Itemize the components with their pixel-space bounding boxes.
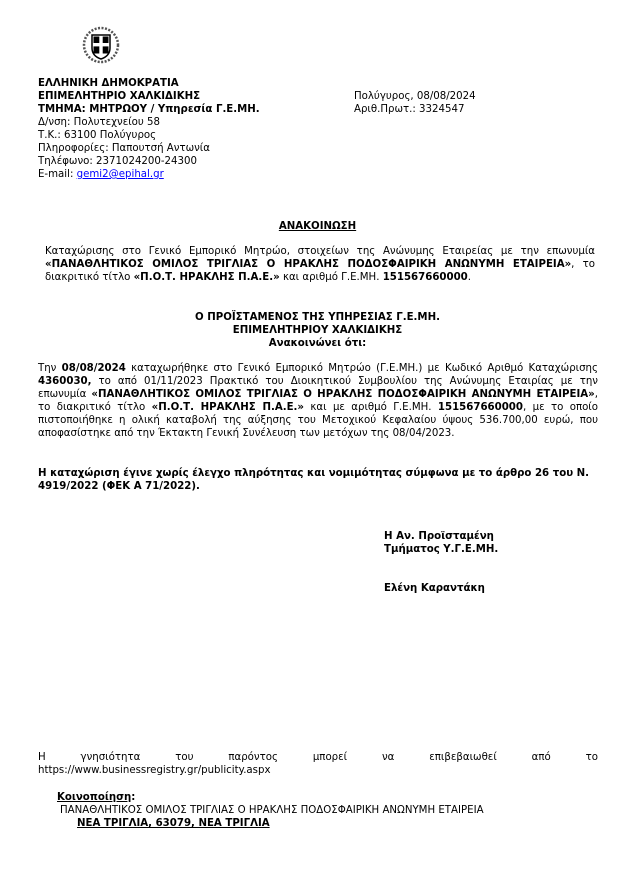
issuer-phone: Τηλέφωνο: 2371024200-24300 — [38, 155, 348, 168]
cc-address: ΝΕΑ ΤΡΙΓΛΙΑ, 63079, ΝΕΑ ΤΡΙΓΛΙΑ — [57, 817, 484, 830]
distinctive-title: «Π.Ο.Τ. ΗΡΑΚΛΗΣ Π.Α.Ε.» — [134, 272, 280, 283]
issuer-email-line: E-mail: gemi2@epihal.gr — [38, 168, 348, 181]
intro-paragraph: Καταχώρισης στο Γενικό Εμπορικό Μητρώο, … — [45, 245, 595, 284]
issuer-postcode: Τ.Κ.: 63100 Πολύγυρος — [38, 129, 348, 142]
verification-url[interactable]: https://www.businessregistry.gr/publicit… — [38, 764, 270, 777]
email-label: E-mail: — [38, 169, 77, 180]
verification-text: Η γνησιότητα του παρόντος μπορεί να επιβ… — [38, 751, 598, 764]
distinctive-title: «Π.Ο.Τ. ΗΡΑΚΛΗΣ Π.Α.Ε.» — [152, 402, 304, 413]
registration-date: 08/08/2024 — [62, 363, 126, 374]
body-text: και με αριθμό Γ.Ε.ΜΗ. — [304, 402, 438, 413]
issuer-department: ΤΜΗΜΑ: ΜΗΤΡΩΟΥ / Υπηρεσία Γ.Ε.ΜΗ. — [38, 103, 348, 116]
cc-block: Κοινοποίηση: ΠΑΝΑΘΛΗΤΙΚΟΣ ΟΜΙΛΟΣ ΤΡΙΓΛΙΑ… — [57, 791, 484, 830]
authority-line-3: Ανακοινώνει ότι: — [0, 337, 635, 350]
body-text: Την — [38, 363, 62, 374]
greek-coat-of-arms-icon — [82, 26, 120, 64]
company-name: «ΠΑΝΑΘΛΗΤΙΚΟΣ ΟΜΙΛΟΣ ΤΡΙΓΛΙΑΣ Ο ΗΡΑΚΛΗΣ … — [45, 259, 571, 270]
company-name: «ΠΑΝΑΘΛΗΤΙΚΟΣ ΟΜΙΛΟΣ ΤΡΙΓΛΙΑΣ Ο ΗΡΑΚΛΗΣ … — [91, 389, 594, 400]
date-protocol-block: Πολύγυρος, 08/08/2024 Αριθ.Πρωτ.: 332454… — [354, 90, 554, 116]
gemi-number: 151567660000 — [383, 272, 468, 283]
issuer-block: ΕΛΛΗΝΙΚΗ ΔΗΜΟΚΡΑΤΙΑ ΕΠΙΜΕΛΗΤΗΡΙΟ ΧΑΛΚΙΔΙ… — [38, 77, 348, 181]
email-link[interactable]: gemi2@epihal.gr — [77, 169, 164, 180]
cc-recipient: ΠΑΝΑΘΛΗΤΙΚΟΣ ΟΜΙΛΟΣ ΤΡΙΓΛΙΑΣ Ο ΗΡΑΚΛΗΣ Π… — [57, 804, 484, 817]
signature-block: Η Αν. Προϊσταμένη Τμήματος Υ.Γ.Ε.ΜΗ. Ελέ… — [384, 530, 498, 595]
legal-note: Η καταχώριση έγινε χωρίς έλεγχο πληρότητ… — [38, 467, 598, 493]
document-title: ΑΝΑΚΟΙΝΩΣΗ — [0, 220, 635, 233]
issuer-country: ΕΛΛΗΝΙΚΗ ΔΗΜΟΚΡΑΤΙΑ — [38, 77, 348, 90]
signer-role-1: Η Αν. Προϊσταμένη — [384, 530, 498, 543]
announcement-body: Την 08/08/2024 καταχωρήθηκε στο Γενικό Ε… — [38, 362, 598, 440]
issuer-contact-person: Πληροφορίες: Παπουτσή Αντωνία — [38, 142, 348, 155]
cc-colon: : — [131, 792, 135, 803]
issuer-chamber: ΕΠΙΜΕΛΗΤΗΡΙΟ ΧΑΛΚΙΔΙΚΗΣ — [38, 90, 348, 103]
gemi-number: 151567660000 — [438, 402, 523, 413]
intro-text: . — [468, 272, 471, 283]
place-date: Πολύγυρος, 08/08/2024 — [354, 90, 554, 103]
body-text: καταχωρήθηκε στο Γενικό Εμπορικό Μητρώο … — [126, 363, 598, 374]
authority-line-1: Ο ΠΡΟΪΣΤΑΜΕΝΟΣ ΤΗΣ ΥΠΗΡΕΣΙΑΣ Γ.Ε.ΜΗ. — [0, 311, 635, 324]
intro-text: και αριθμό Γ.Ε.ΜΗ. — [280, 272, 383, 283]
authority-line-2: ΕΠΙΜΕΛΗΤΗΡΙΟΥ ΧΑΛΚΙΔΙΚΗΣ — [0, 324, 635, 337]
signer-role-2: Τμήματος Υ.Γ.Ε.ΜΗ. — [384, 543, 498, 556]
registration-code: 4360030, — [38, 376, 92, 387]
signer-name: Ελένη Καραντάκη — [384, 582, 498, 595]
protocol-number: Αριθ.Πρωτ.: 3324547 — [354, 103, 554, 116]
intro-text: Καταχώρισης στο Γενικό Εμπορικό Μητρώο, … — [45, 246, 595, 257]
cc-label: Κοινοποίηση — [57, 792, 131, 803]
issuer-address: Δ/νση: Πολυτεχνείου 58 — [38, 116, 348, 129]
